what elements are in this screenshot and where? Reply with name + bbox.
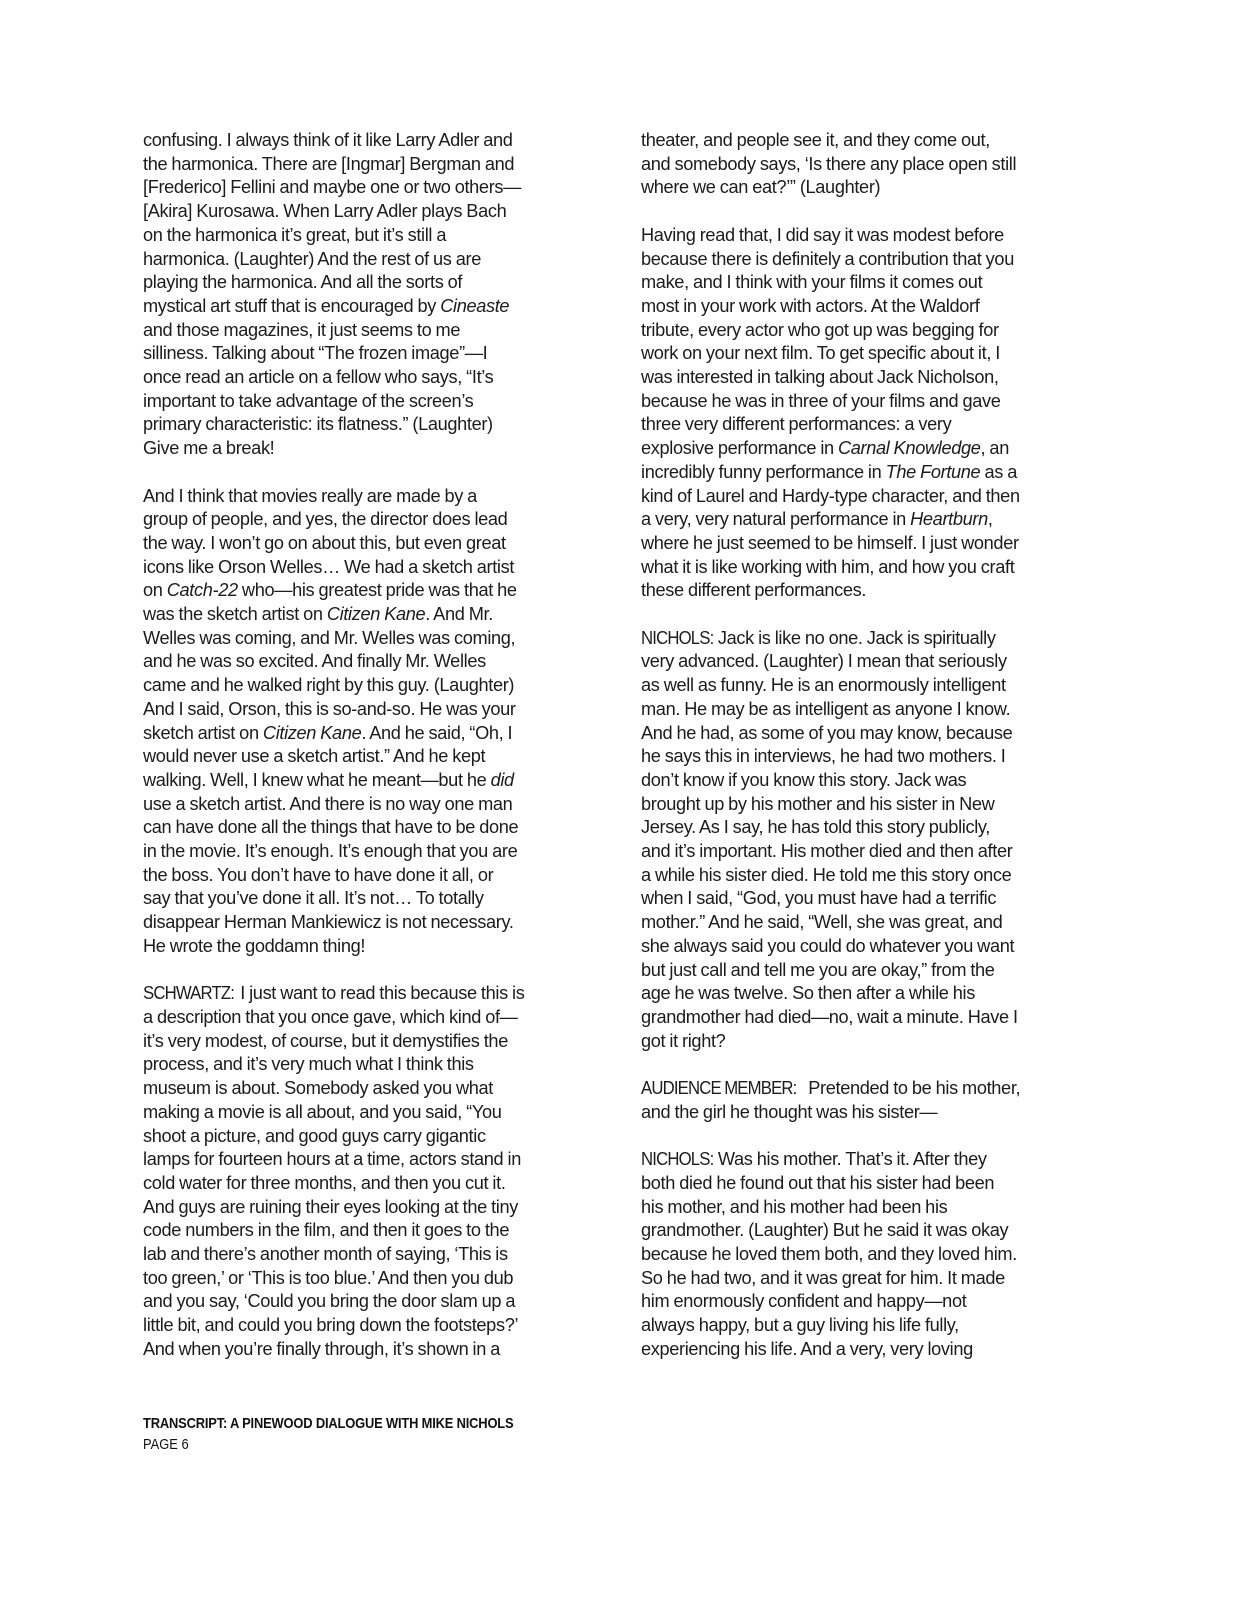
text-line: on Catch-22 who—his greatest pride was t… <box>143 579 568 603</box>
text-line: And when you’re finally through, it’s sh… <box>143 1338 568 1362</box>
text-line: as well as funny. He is an enormously in… <box>641 674 1071 698</box>
text-line: NICHOLS: Was his mother. That’s it. Afte… <box>641 1148 1071 1172</box>
italic-title: Carnal Knowledge <box>838 438 981 458</box>
text-line: tribute, every actor who got up was begg… <box>641 319 1071 343</box>
italic-title: Catch-22 <box>167 580 238 600</box>
text-line: confusing. I always think of it like Lar… <box>143 129 568 153</box>
text-line: but just call and tell me you are okay,”… <box>641 959 1071 983</box>
text-line: age he was twelve. So then after a while… <box>641 982 1071 1006</box>
italic-title: Citizen Kane <box>263 723 361 743</box>
text-line: he says this in interviews, he had two m… <box>641 745 1071 769</box>
text-line: lamps for fourteen hours at a time, acto… <box>143 1148 568 1172</box>
text-line: the boss. You don’t have to have done it… <box>143 864 568 888</box>
text-line: a very, very natural performance in Hear… <box>641 508 1071 532</box>
text-line: group of people, and yes, the director d… <box>143 508 568 532</box>
text-line: Give me a break! <box>143 437 568 461</box>
text-line: because he loved them both, and they lov… <box>641 1243 1071 1267</box>
speaker-paragraph: AUDIENCE MEMBER: Pretended to be his mot… <box>641 1077 1071 1124</box>
text-line: SCHWARTZ: I just want to read this becau… <box>143 982 568 1006</box>
text-line: process, and it’s very much what I think… <box>143 1053 568 1077</box>
text-line: use a sketch artist. And there is no way… <box>143 793 568 817</box>
text-line: can have done all the things that have t… <box>143 816 568 840</box>
left-column: confusing. I always think of it like Lar… <box>143 129 568 1385</box>
text-line: and the girl he thought was his sister— <box>641 1101 1071 1125</box>
text-line: explosive performance in Carnal Knowledg… <box>641 437 1071 461</box>
text-line: him enormously confident and happy—not <box>641 1290 1071 1314</box>
paragraph: theater, and people see it, and they com… <box>641 129 1071 200</box>
text-line: both died he found out that his sister h… <box>641 1172 1071 1196</box>
text-line: And guys are ruining their eyes looking … <box>143 1196 568 1220</box>
text-line: [Akira] Kurosawa. When Larry Adler plays… <box>143 200 568 224</box>
page-number: PAGE 6 <box>143 1434 513 1455</box>
text-line: most in your work with actors. At the Wa… <box>641 295 1071 319</box>
page-footer: TRANSCRIPT: A PINEWOOD DIALOGUE WITH MIK… <box>143 1413 574 1455</box>
text-line: where we can eat?’” (Laughter) <box>641 176 1071 200</box>
text-line: make, and I think with your films it com… <box>641 271 1071 295</box>
paragraph: confusing. I always think of it like Lar… <box>143 129 568 461</box>
text-line: cold water for three months, and then yo… <box>143 1172 568 1196</box>
text-line: theater, and people see it, and they com… <box>641 129 1071 153</box>
text-line: these different performances. <box>641 579 1071 603</box>
text-line: because there is definitely a contributi… <box>641 248 1071 272</box>
text-line: museum is about. Somebody asked you what <box>143 1077 568 1101</box>
text-line: important to take advantage of the scree… <box>143 390 568 414</box>
text-line: kind of Laurel and Hardy-type character,… <box>641 485 1071 509</box>
text-line: icons like Orson Welles… We had a sketch… <box>143 556 568 580</box>
text-line: too green,’ or ‘This is too blue.’ And t… <box>143 1267 568 1291</box>
text-line: a description that you once gave, which … <box>143 1006 568 1030</box>
text-line: AUDIENCE MEMBER: Pretended to be his mot… <box>641 1077 1071 1101</box>
text-line: always happy, but a guy living his life … <box>641 1314 1071 1338</box>
text-line: his mother, and his mother had been his <box>641 1196 1071 1220</box>
text-line: and you say, ‘Could you bring the door s… <box>143 1290 568 1314</box>
italic-title: did <box>491 770 514 790</box>
speaker-paragraph: SCHWARTZ: I just want to read this becau… <box>143 982 568 1361</box>
text-line: playing the harmonica. And all the sorts… <box>143 271 568 295</box>
text-line: Jersey. As I say, he has told this story… <box>641 816 1071 840</box>
text-line: and he was so excited. And finally Mr. W… <box>143 650 568 674</box>
text-line: work on your next film. To get specific … <box>641 342 1071 366</box>
transcript-page: confusing. I always think of it like Lar… <box>0 0 1236 1600</box>
text-line: shoot a picture, and good guys carry gig… <box>143 1125 568 1149</box>
text-line: primary characteristic: its flatness.” (… <box>143 413 568 437</box>
text-line: mother.” And he said, “Well, she was gre… <box>641 911 1071 935</box>
text-line: three very different performances: a ver… <box>641 413 1071 437</box>
text-line: harmonica. (Laughter) And the rest of us… <box>143 248 568 272</box>
text-line: silliness. Talking about “The frozen ima… <box>143 342 568 366</box>
text-line: grandmother. (Laughter) But he said it w… <box>641 1219 1071 1243</box>
text-line: And I think that movies really are made … <box>143 485 568 509</box>
paragraph: Having read that, I did say it was modes… <box>641 224 1071 603</box>
speaker-label: NICHOLS: <box>641 1148 713 1172</box>
text-line: little bit, and could you bring down the… <box>143 1314 568 1338</box>
text-line: And I said, Orson, this is so-and-so. He… <box>143 698 568 722</box>
text-line: mystical art stuff that is encouraged by… <box>143 295 568 319</box>
text-line: grandmother had died—no, wait a minute. … <box>641 1006 1071 1030</box>
speaker-label: NICHOLS: <box>641 627 713 651</box>
paragraph: And I think that movies really are made … <box>143 485 568 959</box>
text-line: Having read that, I did say it was modes… <box>641 224 1071 248</box>
text-line: lab and there’s another month of saying,… <box>143 1243 568 1267</box>
text-line: say that you’ve done it all. It’s not… T… <box>143 887 568 911</box>
text-line: it’s very modest, of course, but it demy… <box>143 1030 568 1054</box>
text-line: experiencing his life. And a very, very … <box>641 1338 1071 1362</box>
text-line: the harmonica. There are [Ingmar] Bergma… <box>143 153 568 177</box>
text-line: a while his sister died. He told me this… <box>641 864 1071 888</box>
text-line: disappear Herman Mankiewicz is not neces… <box>143 911 568 935</box>
text-line: He wrote the goddamn thing! <box>143 935 568 959</box>
text-line: once read an article on a fellow who say… <box>143 366 568 390</box>
text-line: came and he walked right by this guy. (L… <box>143 674 568 698</box>
text-line: code numbers in the film, and then it go… <box>143 1219 568 1243</box>
text-line: was the sketch artist on Citizen Kane. A… <box>143 603 568 627</box>
speaker-paragraph: NICHOLS: Was his mother. That’s it. Afte… <box>641 1148 1071 1361</box>
text-line: and those magazines, it just seems to me <box>143 319 568 343</box>
text-line: what it is like working with him, and ho… <box>641 556 1071 580</box>
text-line: So he had two, and it was great for him.… <box>641 1267 1071 1291</box>
text-line: [Frederico] Fellini and maybe one or two… <box>143 176 568 200</box>
right-column: theater, and people see it, and they com… <box>641 129 1071 1385</box>
italic-title: Citizen Kane <box>327 604 425 624</box>
text-line: walking. Well, I knew what he meant—but … <box>143 769 568 793</box>
text-line: Welles was coming, and Mr. Welles was co… <box>143 627 568 651</box>
text-line: when I said, “God, you must have had a t… <box>641 887 1071 911</box>
text-line: where he just seemed to be himself. I ju… <box>641 532 1071 556</box>
italic-title: The Fortune <box>886 462 981 482</box>
text-line: and somebody says, ‘Is there any place o… <box>641 153 1071 177</box>
footer-title: TRANSCRIPT: A PINEWOOD DIALOGUE WITH MIK… <box>143 1413 513 1434</box>
text-line: would never use a sketch artist.” And he… <box>143 745 568 769</box>
text-line: got it right? <box>641 1030 1071 1054</box>
speaker-paragraph: NICHOLS: Jack is like no one. Jack is sp… <box>641 627 1071 1054</box>
italic-title: Heartburn <box>910 509 988 529</box>
text-line: man. He may be as intelligent as anyone … <box>641 698 1071 722</box>
text-line: incredibly funny performance in The Fort… <box>641 461 1071 485</box>
text-line: the way. I won’t go on about this, but e… <box>143 532 568 556</box>
text-line: making a movie is all about, and you sai… <box>143 1101 568 1125</box>
text-line: because he was in three of your films an… <box>641 390 1071 414</box>
text-line: brought up by his mother and his sister … <box>641 793 1071 817</box>
text-line: sketch artist on Citizen Kane. And he sa… <box>143 722 568 746</box>
text-line: in the movie. It’s enough. It’s enough t… <box>143 840 568 864</box>
text-line: was interested in talking about Jack Nic… <box>641 366 1071 390</box>
italic-title: Cineaste <box>440 296 509 316</box>
text-line: and it’s important. His mother died and … <box>641 840 1071 864</box>
text-line: on the harmonica it’s great, but it’s st… <box>143 224 568 248</box>
text-line: NICHOLS: Jack is like no one. Jack is sp… <box>641 627 1071 651</box>
text-line: don’t know if you know this story. Jack … <box>641 769 1071 793</box>
text-line: And he had, as some of you may know, bec… <box>641 722 1071 746</box>
text-line: she always said you could do whatever yo… <box>641 935 1071 959</box>
speaker-label: AUDIENCE MEMBER: <box>641 1077 797 1101</box>
text-line: very advanced. (Laughter) I mean that se… <box>641 650 1071 674</box>
speaker-label: SCHWARTZ: <box>143 982 234 1006</box>
